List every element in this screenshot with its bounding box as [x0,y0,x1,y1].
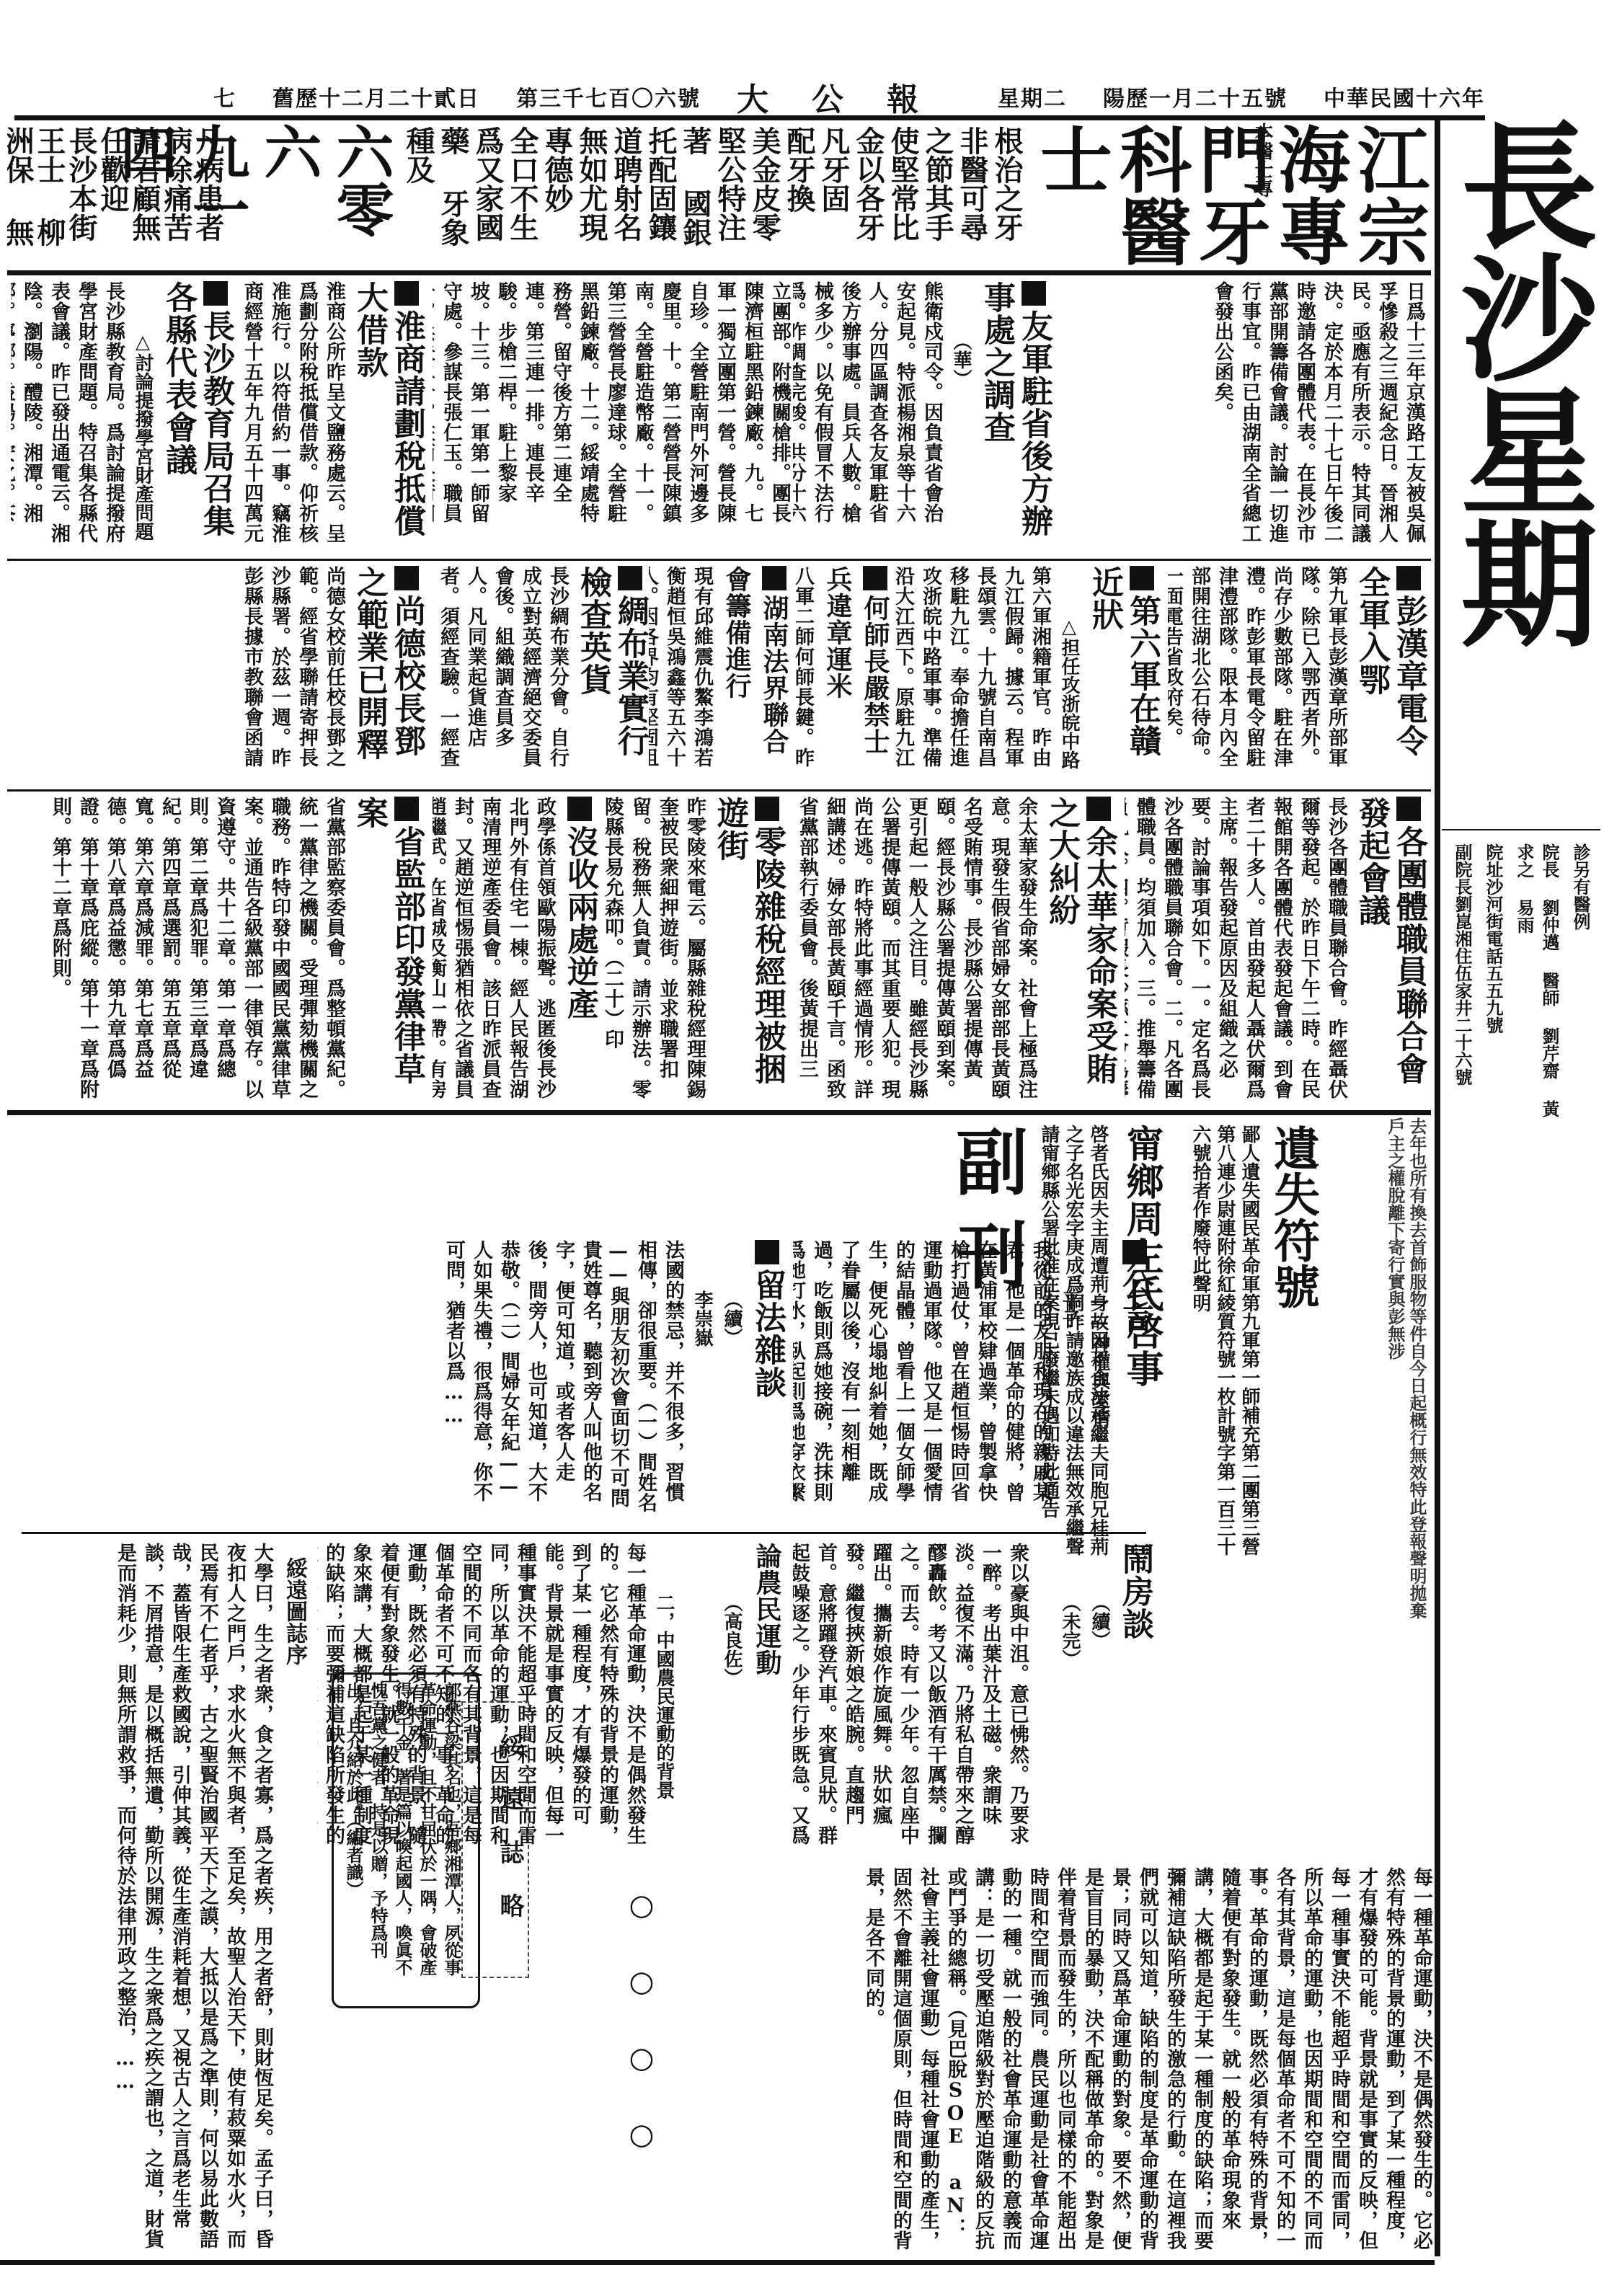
article-huai-salt: 淮商請劃稅抵償大借款 淮商公所昨呈文鹽務處云。呈爲劃分附稅抵償借款。仰祈核准施行… [238,281,425,555]
section-marker-icon [755,1240,779,1264]
article-body: 尚德女校前任校長鄧之範。經省學聯請寄押長沙縣署。於茲一週。昨彭縣長據市教聯會函請… [238,566,347,782]
header-roc-year: 中華民國十六年 [1324,81,1485,112]
article-byline: （續） [1086,1543,1113,1860]
article-body: 八軍二師何師長鍵。昨遵總指揮銑日通電。特轉電所屬各旅團長。嗣後派員來湘採辦軍米。… [793,566,816,775]
dentist-ad-body: 根治之牙非醫可尋之節其手使堅常比金以各牙 凡牙固 配牙換 美金皮零堅公特注著 國… [404,126,1024,263]
article-body: 昨零陵來電云。屬縣雜稅經理陳錫奎被民衆細押遊街。並求職署扣留。稅務無人負責。請示… [598,797,708,1099]
article-zatan: 留法雜談 （續） 李崇嶽 法國的禁忌，并不很多，習慣相傳，卻很重要。（一）間姓名… [404,1240,786,1514]
article-headline: 零陵雜稅經理被捆遊街 [711,797,786,1099]
separator-circles: ○○○○ [627,1889,656,2249]
article-law-circles: 湖南法界聯合會籌備進行 現有邱維震仇鰲李鴻若衡趙恒吳鴻鑫等五六十人。因各界均有堅… [649,566,793,775]
article-author: （高良佐） [719,1543,745,1860]
masthead-title: 長沙星期 [1445,115,1590,646]
page-header: 中華民國十六年 陽歷一月二十五號 星期二 大公報 第三千七百〇六號 舊歷十二月二… [22,81,1485,112]
clinic-line: 診另有醫例 [1568,843,1593,1117]
lost-notice: 遺失符號 鄙人遺失國民革命軍第九軍第一師補充第二團第三營第八連少尉連附徐紅綾質符… [1168,1125,1319,1593]
dentist-ad-title: 江宗海專門牙科醫士 [1283,123,1427,274]
section-marker-icon [1130,566,1154,590]
supplement-rule [7,1110,1431,1115]
article-unions-staff: 各團體職員聯合會發起會議 長沙各團體職員聯合會。昨經聶伏爾等發起。於昨日下午二時… [1125,797,1427,1099]
article-headline: 公言 [1116,1240,1153,1514]
article-headline: 論農民運動 [748,1543,786,1860]
article-troops-rear-offices: 友軍駐省後方辦事處之調查 （華） 熊衛戍司令。因負責省會治安起見。特派楊湘泉等十… [793,281,1052,541]
header-weekday: 星期二 [998,81,1067,112]
article-body: 熊衛戍司令。因負責省會治安起見。特派楊湘泉等十六人。分四區調查各友軍駐省後方辦事… [793,281,945,541]
header-paper-name: 大公報 [737,74,962,120]
article-sixth-army: 第六軍在贛近狀 △担任攻浙皖中路 第六軍湘籍軍官。昨由九江假歸。據云。程軍長頌雲… [894,566,1161,775]
article-body: 我從前的友朋和現在的親戚某君，他是一個革命的健將，曾在黃浦軍校肄過業，曾製拿快槍… [793,1240,1054,1514]
section-marker-icon [762,566,786,590]
article-headline: 彭漢章電令全軍入鄂 [1352,566,1427,775]
article-author: 李崇嶽 [689,1240,716,1514]
article-headline: 綢布業實行檢查英貨 [574,566,649,782]
article-subtitle: ——神權與愛情 [1086,1240,1113,1514]
article-body: 大學曰，生之者衆，食之者寡，爲之者疾，用之者舒，則財恆足矣。孟子曰，昏夜扣人之門… [111,1543,275,2256]
article-union-memorial: 日爲十三年京漢路工友被吳佩孚慘殺之三週紀念日。晉湘人民。亟應有所表示。特其同議決… [1052,281,1427,548]
article-headline: 尚德校長鄧之範業已開釋 [350,566,425,782]
notice-title: 遺失符號 [1266,1125,1319,1593]
xuyuan-side-label: 綏遠誌略 [461,1701,529,1978]
article-education-bureau: 長沙教育局召集各縣代表會議 △討論提撥學宮財產問題 長沙縣教育局。爲討論提撥府學… [11,281,234,555]
article-headline: 第六軍在贛近狀 [1086,566,1161,775]
article-body: 長沙綢布業分會。自行成立對英經濟絕交委員會後。組織調查員多人。凡同業起貨進店者。… [433,566,571,782]
section-marker-icon [1396,566,1421,590]
section-marker-icon [567,797,592,821]
article-headline: 留法雜談 [748,1240,786,1514]
clinic-notice: 診另有醫例 院長 劉仲邁 醫師 劉芹齋 黃求之 易雨 院址沙河街電話五五九號 副… [1442,843,1593,1117]
article-peng-han: 彭漢章電令全軍入鄂 第九軍長彭漢章所部軍隊。除已入鄂西者外。尚存少數部隊。駐在津… [1168,566,1427,775]
article-body: 第六軍湘籍軍官。昨由九江假歸。據云。程軍長頌雲。十九號自南昌移駐九江。奉命擔任進… [894,566,1053,775]
clinic-line: 院址沙河街電話五五九號 [1481,843,1506,1117]
row-rule [7,789,1431,792]
section-marker-icon [863,566,887,590]
guo-editor-box: 郭燕谷梁其名也，吾鄉湘潭人，夙從事革命運動，且不甘屈伏於一隅，會破產得數千金，著… [332,1672,480,2008]
article-yu-taihua: 余太華家命案受賄之大糾紛 余太華家發生命案。社會上極爲注意。現發生假省部婦女部部… [793,797,1117,1099]
article-subhead: 二，中國農民運動的背景 [651,1543,678,1860]
article-peasant-continued: 每一種革命運動，決不是偶然發生的。它必然有特殊的背景的運動，到了某一種程度，才有… [606,1867,1435,2256]
article-body: 第九軍長彭漢章所部軍隊。除已入鄂西者外。尚存少數部隊。駐在津澧。昨彭軍長電令留駐… [1168,566,1350,775]
row-rule [22,1532,1146,1534]
dentist-ad: 江宗海專門牙科醫士 本醫士專 [1024,123,1427,274]
article-headline: 余太華家命案受賄之大糾紛 [1042,797,1117,1099]
article-he-division: 何師長嚴禁士兵違章運米 八軍二師何師長鍵。昨遵總指揮銑日通電。特轉電所屬各旅團長… [793,566,894,775]
article-body: 衆以豪與中沮。意已怫然。乃要求一醉。考出葉汁及土磁。衆謂味淡。益復不滿。乃將私自… [793,1543,1031,1860]
section-marker-icon [203,281,228,306]
editor-note: 郭燕谷梁其名也，吾鄉湘潭人，夙從事革命運動，且不甘屈伏於一隅，會破產得數千金，著… [341,1682,464,1985]
clinic-line: 院長 劉仲邁 醫師 劉芹齋 黃求之 易雨 [1512,843,1562,1117]
article-subhead: △討論提撥學宮財產問題 [130,281,156,555]
masthead-divider [1435,115,1440,2256]
article-author: 平子 [1057,1240,1083,1514]
section-marker-icon [394,281,419,306]
article-body: 日爲十三年京漢路工友被吳佩孚慘殺之三週紀念日。晉湘人民。亟應有所表示。特其同議決… [1208,281,1427,548]
article-body: 政學係首領歐陽振聲。逃匿後長沙北門外有住宅一棟。經人民報告湖南清理逆產委員會。該… [433,797,558,1099]
ad-band-rule [7,270,1431,275]
notice-body: 鄙人遺失國民革命軍第九軍第一師補充第二團第三營第八連少尉連附徐紅綾質符號一枚計號… [1188,1125,1262,1572]
article-confiscate: 沒收兩處逆產 政學係首領歐陽振聲。逃匿後長沙北門外有住宅一棟。經人民報告湖南清理… [433,797,598,1099]
article-naofang: 鬧房談 （續） （未完） [1038,1543,1153,1860]
article-headline: 友軍駐省後方辦事處之調查 [978,281,1052,541]
notice-top-strip: 去年也所有換去首飾服物等件自今日起概行無效特此登報聲明拋棄戶主之權脫離下寄行實與… [1319,1117,1427,1622]
clinic-line: 副院長劉崑湘住伍家井二十六號 [1450,843,1475,1117]
section-marker-icon [394,566,419,590]
article-gonglan: 公言 ——神權與愛情 平子 我從前的友朋和現在的親戚某君，他是一個革命的健將，曾… [793,1240,1153,1514]
article-body: 長沙縣教育局。爲討論提撥府學宮財產問題。特召集各縣代表會議。昨已發出通電云。湘陰… [11,281,127,555]
bottom-rule [0,2260,1435,2265]
article-headline: 鬧房談 [1116,1543,1153,1860]
article-party-discipline: 省監部印發黨律草案 省黨部監察委員會。爲整頓黨紀。統一黨律之機關。受理彈劾機關之… [43,797,425,1099]
article-headline: 綏遠圖誌序 [278,1543,310,2256]
article-peasant-head: 論農民運動 （高良佐） [678,1543,786,1860]
article-body: 每一種革命運動，決不是偶然發生的。它必然有特殊的背景的運動，到了某一種程度，才有… [859,1867,1435,2256]
article-headline: 何師長嚴禁士兵違章運米 [819,566,894,775]
article-body: 省黨部監察委員會。爲整頓黨紀。統一黨律之機關。受理彈劾機關之職務。昨特印發中國國… [46,797,347,1099]
article-headline: 各團體職員聯合會發起會議 [1352,797,1427,1099]
article-lingling-tax: 零陵雜稅經理被捆遊街 昨零陵來電云。屬縣雜稅經理陳錫奎被民衆細押遊街。並求職署扣… [598,797,786,1099]
section-marker-icon [755,797,779,821]
article-zheng-principal: 尚德校長鄧之範業已開釋 尚德女校前任校長鄧之範。經省學聯請寄押長沙縣署。於茲一週… [238,566,425,782]
header-issue-number: 第三千七百〇六號 [516,81,701,112]
article-headline: 沒收兩處逆產 [561,797,598,1099]
section-marker-icon [394,797,419,821]
article-body: 法國的禁忌，并不很多，習慣相傳，卻很重要。（一）間姓名——與朋友初次會面切不可問… [440,1240,686,1514]
article-signoff: （未完） [1057,1543,1083,1860]
header-lunar-date: 舊歷十二月二十貳日 [272,81,480,112]
article-body: 現有邱維震仇鰲李鴻若衡趙恒吳鴻鑫等五六十人。因各界均有堅固組織。謀本身利益。改良… [649,566,715,775]
article-byline: （華） [948,281,975,541]
article-headline: 省監部印發黨律草案 [350,797,425,1099]
article-subhead: △担任攻浙皖中路 [1056,566,1083,775]
header-solar-date: 陽歷一月二十五號 [1103,81,1288,112]
clinic-rule [1442,829,1600,830]
section-marker-icon [1086,797,1111,821]
header-rule [14,115,1485,120]
phone-ad-title: 六零六 九一四 [223,123,396,267]
article-body: 長沙各團體職員聯合會。昨經聶伏爾等發起。於昨日下午二時。在民報館開各團體代表發起… [1125,797,1350,1099]
section-marker-icon [1021,281,1046,306]
article-body: 淮商公所昨呈文鹽務處云。呈爲劃分附稅抵償借款。仰祈核准施行。以符借約一事。竊淮商… [238,281,347,555]
article-silk-cloth: 綢布業實行檢查英貨 長沙綢布業分會。自行成立對英經濟絕交委員會後。組織調查員多人… [433,566,649,782]
header-page-number: 七 [213,81,236,112]
article-body: 立團部。附機關槍排。團長陳濟桓駐黑鉛鍊廠。九。七軍一獨立團第一營。營長陳自珍。全… [433,281,793,541]
article-byline: （續） [719,1240,745,1514]
section-marker-icon [618,566,642,590]
article-naofang-body: 衆以豪與中沮。意已怫然。乃要求一醉。考出葉汁及土磁。衆謂味淡。益復不滿。乃將私自… [793,1543,1031,1860]
article-xuyuan-preface: 綏遠圖誌序 大學曰，生之者衆，食之者寡，爲之者疾，用之者舒，則財恆足矣。孟子曰，… [7,1543,310,2256]
section-marker-icon [1122,1240,1147,1264]
section-marker-icon [1396,797,1421,821]
phone-ad-body: 凡病患者病除痛苦請君顧無任歡迎 長沙本街王士 柳洲保 無藥 敬 電話八百六十三號 [7,126,223,263]
row-rule [7,559,1431,561]
article-headline: 長沙教育局召集各縣代表會議 [159,281,234,555]
article-headline: 湖南法界聯合會籌備進行 [718,566,793,775]
article-body: 余太華家發生命案。社會上極爲注意。現發生假省部婦女部部長黃頤名受賄情事。長沙縣公… [793,797,1040,1099]
article-headline: 淮商請劃稅抵償大借款 [350,281,425,555]
article-military-list: 立團部。附機關槍排。團長陳濟桓駐黑鉛鍊廠。九。七軍一獨立團第一營。營長陳自珍。全… [433,281,793,541]
